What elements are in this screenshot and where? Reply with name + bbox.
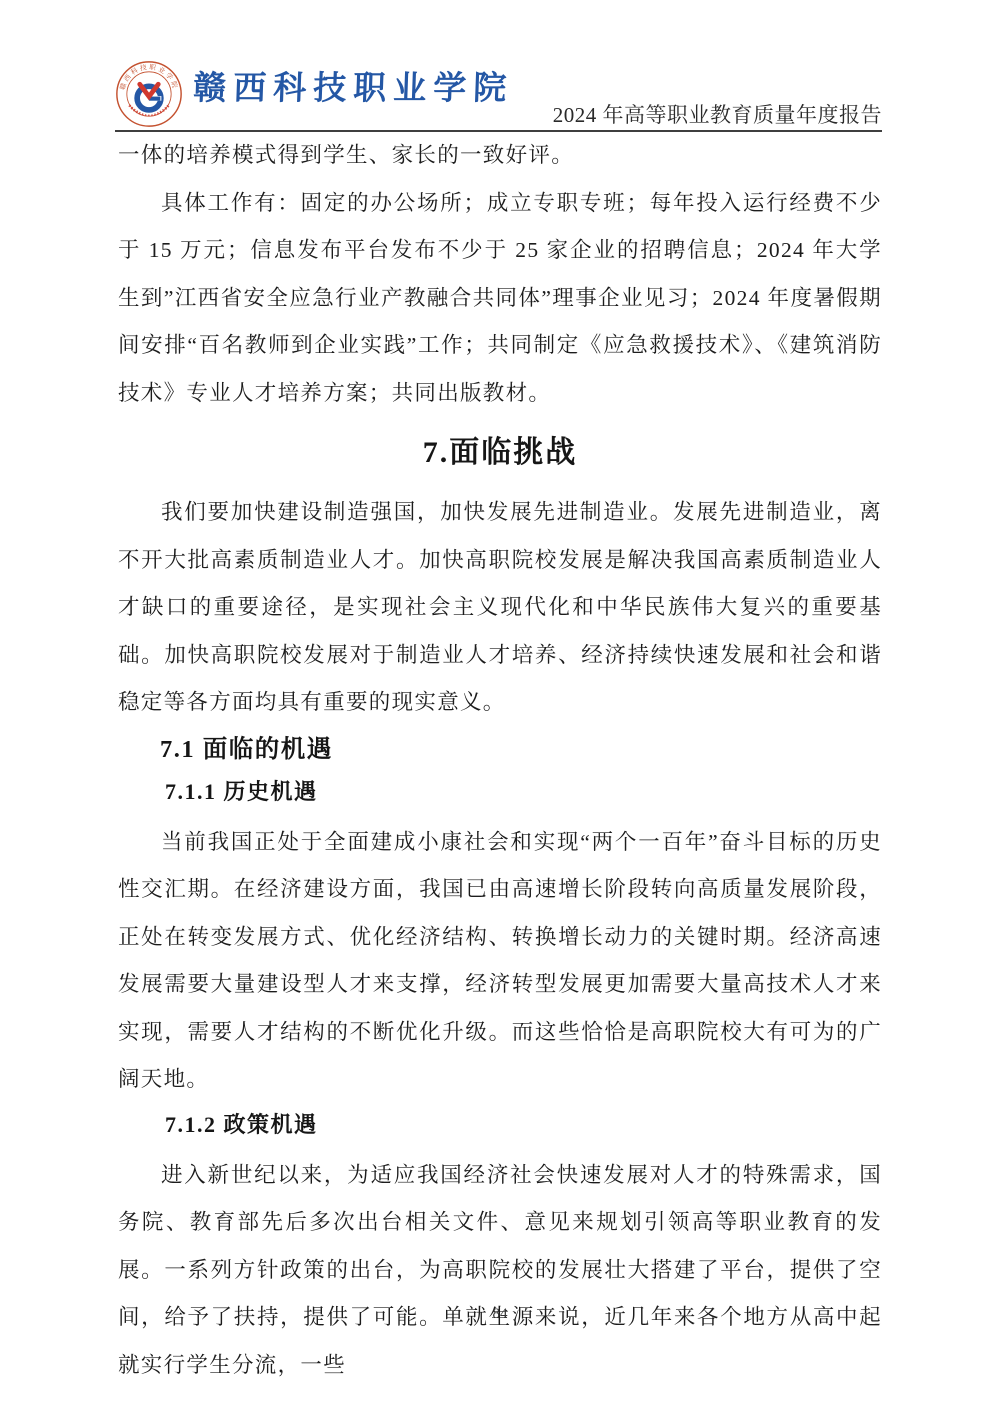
paragraph-intro: 一体的培养模式得到学生、家长的一致好评。 [118, 132, 882, 180]
section-7-heading: 7.面临挑战 [118, 431, 882, 475]
document-body: 一体的培养模式得到学生、家长的一致好评。 具体工作有：固定的办公场所；成立专职专… [0, 132, 1000, 1389]
section-7-1-2-heading: 7.1.2 政策机遇 [118, 1108, 882, 1142]
paragraph-history-opportunity: 当前我国正处于全面建成小康社会和实现“两个一百年”奋斗目标的历史性交汇期。在经济… [118, 819, 882, 1104]
report-title: 2024 年高等职业教育质量年度报告 [553, 105, 882, 128]
school-name: 赣西科技职业学院 [192, 73, 514, 116]
section-7-1-1-heading: 7.1.1 历史机遇 [118, 775, 882, 809]
document-page: 赣西科技职业学院 赣西科技职业学院 2024 年高等职业教育质量年度报告 一体的… [0, 0, 1000, 1411]
paragraph-policy-opportunity: 进入新世纪以来，为适应我国经济社会快速发展对人才的特殊需求，国务院、教育部先后多… [118, 1152, 882, 1390]
paragraph-section7: 我们要加快建设制造强国，加快发展先进制造业。发展先进制造业，离不开大批高素质制造… [118, 489, 882, 727]
page-header: 赣西科技职业学院 赣西科技职业学院 2024 年高等职业教育质量年度报告 [115, 58, 882, 128]
header-branding: 赣西科技职业学院 赣西科技职业学院 [115, 60, 513, 128]
school-logo-icon: 赣西科技职业学院 [115, 60, 183, 128]
page-number: 84 [0, 1306, 1000, 1323]
section-7-1-heading: 7.1 面临的机遇 [118, 731, 882, 769]
paragraph-work-items: 具体工作有：固定的办公场所；成立专职专班；每年投入运行经费不少于 15 万元；信… [118, 180, 882, 418]
